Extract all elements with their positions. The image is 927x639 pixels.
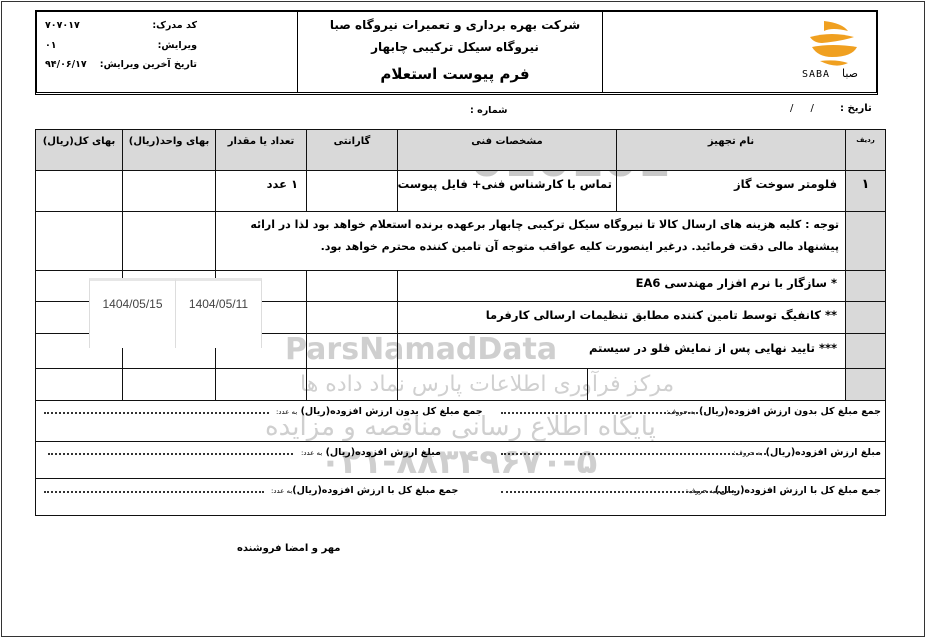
shipping-cost-note: توجه : کلیه هزینه های ارسال کالا تا نیرو…	[215, 211, 846, 271]
col-header-warranty: گارانتی	[306, 129, 398, 171]
vat-amount-digits-field[interactable]	[48, 447, 293, 455]
vat-amount-digits-label: مبلغ ارزش افزوده(ریال) به عدد:	[301, 447, 441, 458]
total-without-vat-digits-label: جمع مبلغ کل بدون ارزش افزوده(ریال) به عد…	[276, 406, 483, 417]
row-1-quantity: ۱ عدد	[215, 170, 307, 212]
col-header-quantity: تعداد یا مقدار	[215, 129, 307, 171]
empty-row-spec	[397, 368, 588, 401]
seller-signature-label: مهر و امضا فروشنده	[237, 543, 340, 554]
empty-row-unit-price	[122, 368, 216, 401]
company-name: شرکت بهره برداری و تعمیرات نیروگاه صبا	[305, 18, 605, 32]
requirement-1: * سازگار با نرم افزار مهندسی EA6	[397, 270, 846, 302]
requirement-3: *** تایید نهایی پس از نمایش فلو در سیستم	[397, 333, 846, 369]
col-header-tech-spec: مشخصات فنی	[397, 129, 617, 171]
req-2-index	[845, 301, 886, 334]
plant-name: نیروگاه سیکل ترکیبی چابهار	[305, 40, 605, 54]
note-unit-price-cell	[122, 211, 216, 271]
empty-row-warranty	[306, 368, 398, 401]
vat-amount-words-field[interactable]	[501, 447, 766, 455]
row-1-warranty[interactable]	[306, 170, 398, 212]
requirement-2: ** کانفیگ توسط تامین کننده مطابق تنظیمات…	[397, 301, 846, 334]
revision-label: ویرایش:	[122, 40, 197, 51]
note-total-price-cell	[35, 211, 123, 271]
total-with-vat-row: جمع مبلغ کل با ارزش افزوده(ریال)به حروف:…	[35, 478, 886, 516]
logo-persian: صبا	[842, 67, 858, 80]
date-value: / /	[790, 103, 814, 114]
form-header: کد مدرک: ۷۰۷۰۱۷ ویرایش: ۰۱ تاریخ آخرین و…	[35, 10, 878, 95]
total-without-vat-digits-field[interactable]	[44, 406, 269, 414]
row-1-unit-price[interactable]	[122, 170, 216, 212]
overlay-date-1: 1404/05/15	[89, 278, 176, 348]
revision-value: ۰۱	[45, 40, 57, 51]
total-with-vat-digits-field[interactable]	[44, 485, 264, 493]
col-header-total-price: بهای کل(ریال)	[35, 129, 123, 171]
req-3-index	[845, 333, 886, 369]
row-1-equipment-name: فلومتر سوخت گاز	[616, 170, 846, 212]
req-3-warranty	[306, 333, 398, 369]
empty-row-equipment	[587, 368, 846, 401]
saba-logo: SABA صبا	[802, 17, 872, 87]
total-without-vat-row: جمع مبلغ کل بدون ارزش افزوده(ریال) به حر…	[35, 400, 886, 442]
col-header-unit-price: بهای واحد(ریال)	[122, 129, 216, 171]
total-without-vat-words-field[interactable]	[501, 406, 706, 414]
req-2-warranty	[306, 301, 398, 334]
req-1-index	[845, 270, 886, 302]
row-1-tech-spec: تماس با کارشناس فنی+ فایل پیوست	[397, 170, 617, 212]
total-with-vat-words-field[interactable]	[501, 485, 736, 493]
empty-row-index	[845, 368, 886, 401]
note-index-cell	[845, 211, 886, 271]
vat-amount-row: مبلغ ارزش افزوده(ریال) به حروف: مبلغ ارز…	[35, 441, 886, 479]
overlay-date-2: 1404/05/11	[175, 278, 262, 348]
col-header-index: ردیف	[845, 129, 886, 171]
last-revision-date-value: ۹۴/۰۶/۱۷	[45, 59, 87, 70]
doc-code-label: کد مدرک:	[122, 20, 197, 31]
req-1-warranty	[306, 270, 398, 302]
form-title: فرم پیوست استعلام	[305, 65, 605, 83]
row-1-total-price[interactable]	[35, 170, 123, 212]
date-label: تاریخ :	[840, 103, 872, 114]
col-header-equipment-name: نام تجهیز	[616, 129, 846, 171]
logo-latin: SABA	[802, 69, 830, 80]
total-with-vat-digits-label: جمع مبلغ کل با ارزش افزوده(ریال)به عدد:	[271, 485, 458, 496]
doc-code-value: ۷۰۷۰۱۷	[45, 20, 80, 31]
number-label: شماره :	[470, 105, 507, 116]
saba-logo-icon	[802, 17, 872, 69]
last-revision-date-label: تاریخ آخرین ویرایش:	[92, 59, 197, 70]
empty-row-total-price	[35, 368, 123, 401]
empty-row-quantity	[215, 368, 307, 401]
row-1-index: ۱	[845, 170, 886, 212]
header-divider-left	[297, 12, 298, 92]
